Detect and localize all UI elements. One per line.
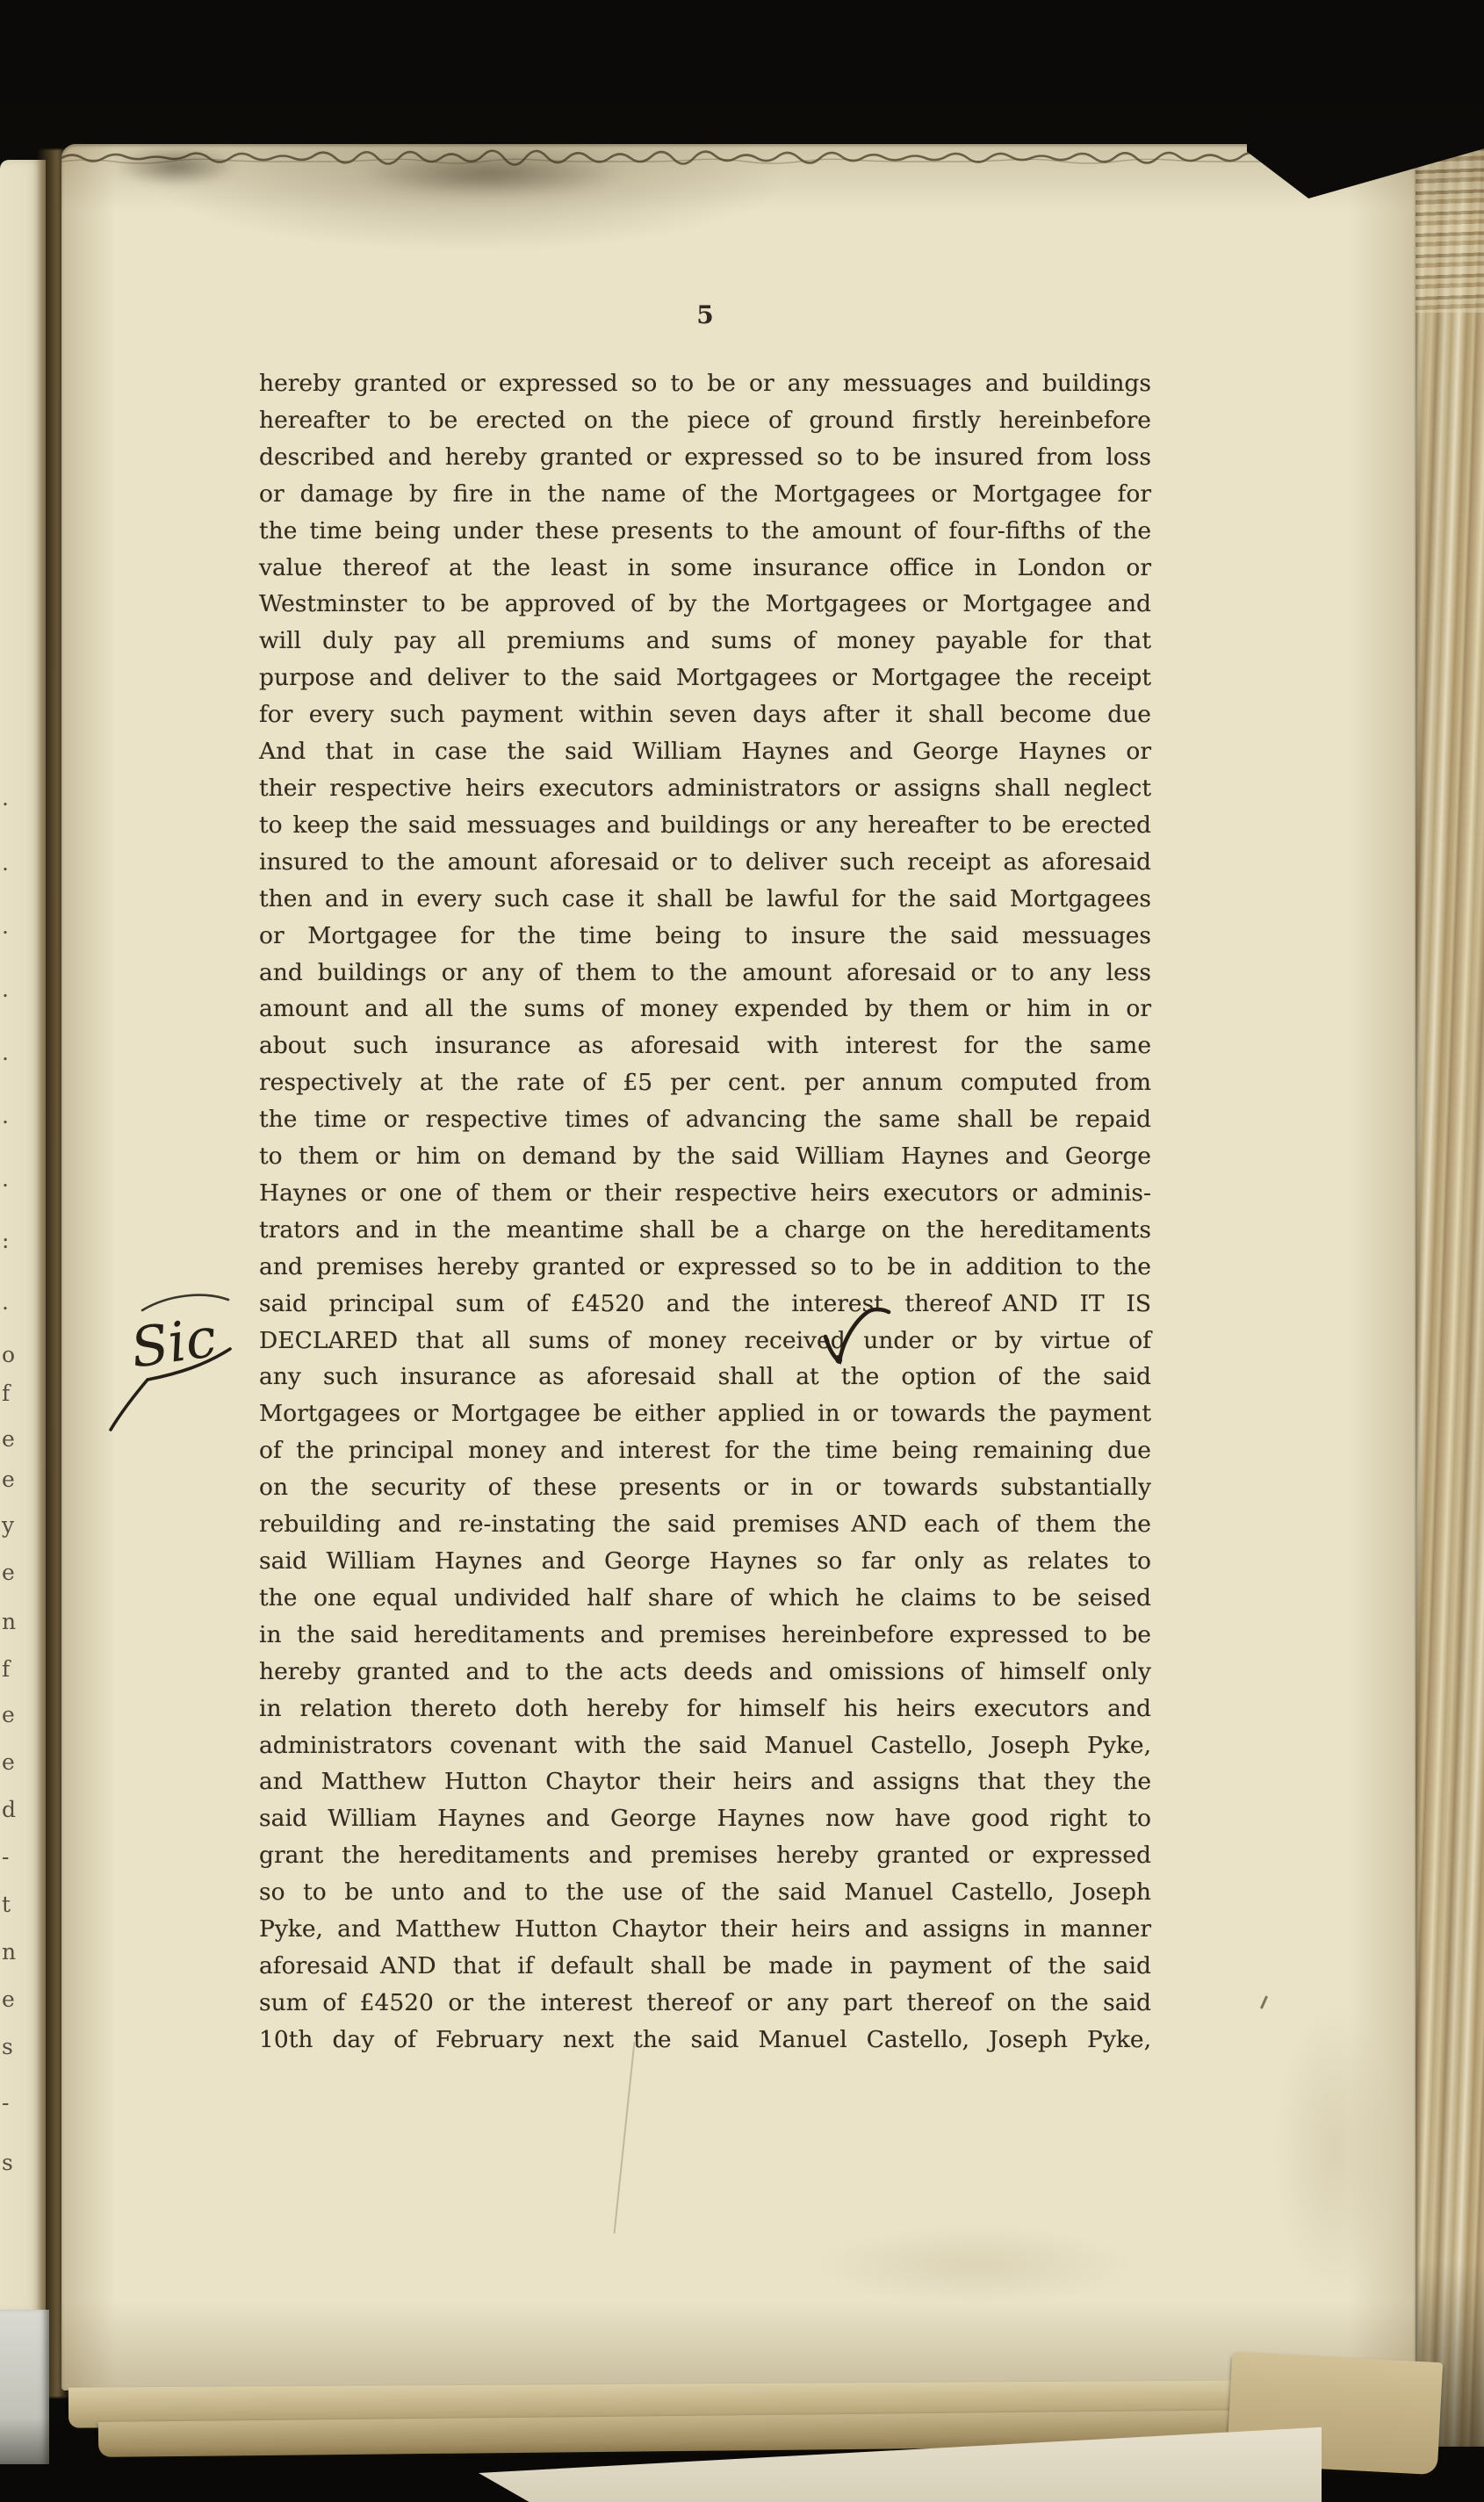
fore-edge-pages [1416,128,1484,2447]
text-line: their respective heirs executors adminis… [259,770,1151,807]
text-line: DECLARED that all sums of money received… [259,1323,1151,1359]
text-line: purpose and deliver to the said Mortgage… [259,660,1151,696]
edge-letter-fragment: . [2,1168,9,1190]
edge-letter-fragment: t [2,1893,11,1915]
text-line: 10th day of February next the said Manue… [259,2022,1151,2059]
edge-letter-fragment: s [2,2036,13,2058]
text-line: hereby granted or expressed so to be or … [259,365,1151,402]
text-line: or Mortgagee for the time being to insur… [259,918,1151,955]
edge-letter-fragment: n [2,1941,16,1963]
text-line: on the security of these presents or in … [259,1469,1151,1506]
corner-smudge [114,146,237,186]
book-photo: .......:.ofeeyenfeed-tnes-s 5 hereby gra… [0,0,1484,2502]
text-line: And that in case the said William Haynes… [259,733,1151,770]
text-line: said William Haynes and George Haynes so… [259,1543,1151,1580]
edge-letter-fragment: e [2,1561,15,1583]
edge-letter-fragment: . [2,1042,9,1064]
marginal-annotation-text: Sic [127,1305,220,1381]
paper-stain [817,2225,1133,2304]
edge-letter-fragment: - [2,1846,9,1868]
text-line: said principal sum of £4520 and the inte… [259,1286,1151,1323]
edge-letter-fragment: s [2,2152,13,2174]
text-line: respectively at the rate of £5 per cent.… [259,1064,1151,1101]
edge-letter-fragment: y [2,1514,14,1536]
edge-letter-fragment: f [2,1658,10,1680]
text-line: or damage by fire in the name of the Mor… [259,476,1151,513]
edge-letter-fragment: . [2,1291,9,1313]
text-line: and premises hereby granted or expressed… [259,1249,1151,1286]
bottom-left-page-sliver [0,2310,49,2464]
text-line: amount and all the sums of money expende… [259,991,1151,1027]
text-line: to them or him on demand by the said Wil… [259,1138,1151,1175]
text-line: Westminster to be approved of by the Mor… [259,586,1151,623]
ink-speck [1260,1995,1268,2009]
edge-letter-fragment: . [2,852,9,874]
text-line: trators and in the meantime shall be a c… [259,1212,1151,1249]
edge-letter-fragment: f [2,1382,10,1404]
text-line: the one equal undivided half share of wh… [259,1580,1151,1617]
edge-letter-fragment: e [2,1704,15,1726]
page-number: 5 [259,300,1151,329]
text-line: rebuilding and re-instating the said pre… [259,1506,1151,1543]
edge-letter-fragment: o [2,1344,15,1366]
text-line: said William Haynes and George Haynes no… [259,1800,1151,1837]
text-line: hereby granted and to the acts deeds and… [259,1654,1151,1691]
paper-scratch [614,2041,636,2233]
text-line: Haynes or one of them or their respectiv… [259,1175,1151,1212]
text-line: and buildings or any of them to the amou… [259,955,1151,991]
text-line: insured to the amount aforesaid or to de… [259,844,1151,881]
text-line: grant the hereditaments and premises her… [259,1837,1151,1874]
text-line: and Matthew Hutton Chaytor their heirs a… [259,1763,1151,1800]
edge-letter-fragment: . [2,1105,9,1127]
soot-smudge [360,149,623,197]
text-line: value thereof at the least in some insur… [259,550,1151,587]
edge-letter-fragment: . [2,787,9,809]
page-top-deckle-edge [61,144,1416,170]
edge-letter-fragment: d [2,1799,16,1821]
edge-letter-fragment: e [2,1468,15,1490]
text-line: in relation thereto doth hereby for hims… [259,1691,1151,1727]
text-line: then and in every such case it shall be … [259,881,1151,918]
text-line: about such insurance as aforesaid with i… [259,1027,1151,1064]
text-line: Mortgagees or Mortgagee be either applie… [259,1395,1151,1432]
edge-letter-fragment: e [2,1428,15,1450]
edge-letter-fragment: n [2,1611,16,1633]
edge-letter-fragment: : [2,1229,9,1251]
text-block: hereby granted or expressed so to be or … [259,365,1151,2059]
text-line: in the said hereditaments and premises h… [259,1617,1151,1654]
text-line: sum of £4520 or the interest thereof or … [259,1985,1151,2022]
text-line: for every such payment within seven days… [259,696,1151,733]
text-line: to keep the said messuages and buildings… [259,807,1151,844]
marginal-annotation: Sic [97,1265,290,1458]
text-line: the time being under these presents to t… [259,513,1151,550]
text-line: will duly pay all premiums and sums of m… [259,623,1151,660]
text-line: so to be unto and to the use of the said… [259,1874,1151,1911]
text-line: aforesaid AND that if default shall be m… [259,1948,1151,1985]
edge-letter-fragment: e [2,1751,15,1773]
edge-letter-fragment: . [2,978,9,1000]
inserted-caret-tick-mark [817,1303,896,1377]
edge-letter-fragment: - [2,2092,9,2114]
text-line: any such insurance as aforesaid shall at… [259,1359,1151,1395]
text-line: described and hereby granted or expresse… [259,439,1151,476]
text-line: administrators covenant with the said Ma… [259,1727,1151,1764]
edge-letter-fragment: . [2,915,9,937]
text-line: of the principal money and interest for … [259,1432,1151,1469]
edge-letter-fragment: e [2,1988,15,2010]
text-line: hereafter to be erected on the piece of … [259,402,1151,439]
paper-stain [1273,2006,1396,2296]
text-line: the time or respective times of advancin… [259,1101,1151,1138]
text-line: Pyke, and Matthew Hutton Chaytor their h… [259,1911,1151,1948]
